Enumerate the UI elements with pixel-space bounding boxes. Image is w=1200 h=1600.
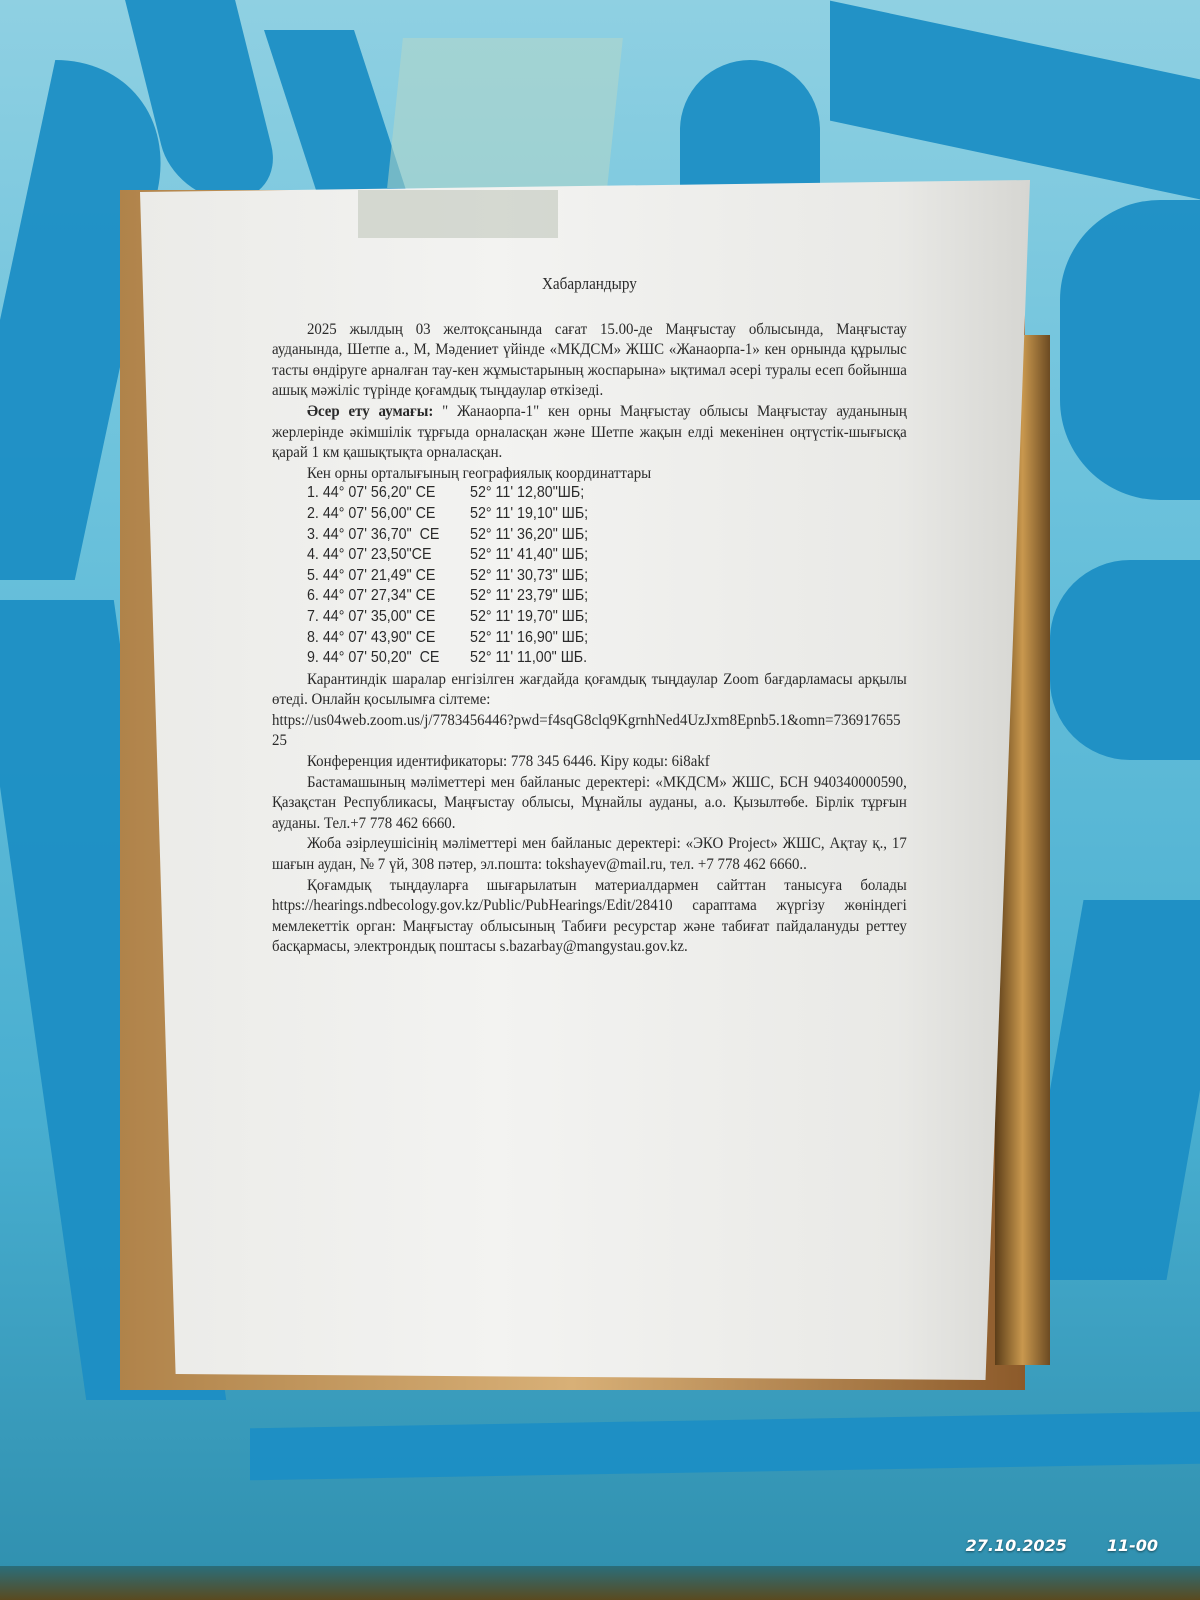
developer-info: Жоба әзірлеушісінің мәліметтері мен байл… [272,833,907,874]
coordinate-row: 7. 44° 07' 35,00" СЕ52° 11' 19,70" ШБ; [272,607,907,628]
coordinates-heading: Кен орны орталығының географиялық коорди… [272,463,907,484]
coordinate-latitude: 44° 07' 56,20" СЕ [323,483,470,504]
wall-ornament [250,1412,1200,1481]
wall-ornament [830,1,1200,200]
wall-ornament [264,30,406,190]
conference-info: Конференция идентификаторы: 778 345 6446… [272,751,907,772]
coordinate-number: 1. [307,484,319,501]
coordinate-row: 9. 44° 07' 50,20" СЕ52° 11' 11,00" ШБ. [272,648,907,669]
coordinate-longitude: 52° 11' 41,40" ШБ; [470,546,588,563]
coordinate-longitude: 52° 11' 36,20" ШБ; [470,526,588,543]
wall-ornament [680,60,820,200]
coordinate-row: 3. 44° 07' 36,70" СЕ52° 11' 36,20" ШБ; [272,525,907,546]
coordinate-number: 7. [307,608,319,625]
coordinate-longitude: 52° 11' 11,00" ШБ. [470,649,587,666]
coordinate-longitude: 52° 11' 16,90" ШБ; [470,629,588,646]
impact-area-paragraph: Әсер ету аумағы: " Жанаорпа-1" кен орны … [272,401,907,463]
coordinate-row: 2. 44° 07' 56,00" СЕ52° 11' 19,10" ШБ; [272,504,907,525]
coordinate-latitude: 44° 07' 43,90" СЕ [323,628,470,649]
coordinate-number: 9. [307,649,319,666]
timestamp-time: 11-00 [1107,1536,1158,1555]
coordinate-longitude: 52° 11' 19,70" ШБ; [470,608,588,625]
coordinate-latitude: 44° 07' 21,49" СЕ [323,566,470,587]
coordinate-longitude: 52° 11' 12,80"ШБ; [470,484,584,501]
coordinate-number: 2. [307,505,319,522]
coordinate-longitude: 52° 11' 23,79" ШБ; [470,587,588,604]
impact-area-label: Әсер ету аумағы: [307,402,433,420]
quarantine-paragraph: Карантиндік шаралар енгізілген жағдайда … [272,669,907,710]
coordinate-row: 5. 44° 07' 21,49" СЕ52° 11' 30,73" ШБ; [272,566,907,587]
frame-edge [0,1566,1200,1600]
adhesive-tape [358,190,558,238]
initiator-info: Бастамашының мәліметтері мен байланыс де… [272,772,907,834]
materials-info: Қоғамдық тыңдауларға шығарылатын материа… [272,875,907,957]
notice-title: Хабарландыру [272,274,907,295]
coordinate-number: 3. [307,526,319,543]
coordinate-latitude: 44° 07' 35,00" СЕ [323,607,470,628]
wall-ornament [1050,560,1200,760]
timestamp-date: 27.10.2025 [966,1536,1067,1555]
coordinate-latitude: 44° 07' 56,00" СЕ [323,504,470,525]
coordinate-row: 6. 44° 07' 27,34" СЕ52° 11' 23,79" ШБ; [272,586,907,607]
coordinate-latitude: 44° 07' 50,20" СЕ [323,648,470,669]
coordinates-list: 1. 44° 07' 56,20" СЕ52° 11' 12,80"ШБ;2. … [272,483,907,668]
wall-ornament [1060,200,1200,500]
coordinate-row: 1. 44° 07' 56,20" СЕ52° 11' 12,80"ШБ; [272,483,907,504]
coordinate-number: 6. [307,587,319,604]
photo-timestamp: 27.10.202511-00 [966,1536,1158,1555]
adhesive-tape [387,38,623,188]
coordinate-latitude: 44° 07' 36,70" СЕ [323,525,470,546]
coordinate-row: 8. 44° 07' 43,90" СЕ52° 11' 16,90" ШБ; [272,628,907,649]
coordinate-latitude: 44° 07' 23,50"СЕ [323,545,470,566]
coordinate-longitude: 52° 11' 30,73" ШБ; [470,567,588,584]
coordinate-latitude: 44° 07' 27,34" СЕ [323,586,470,607]
notice-intro: 2025 жылдың 03 желтоқсанында сағат 15.00… [272,319,907,401]
notice-document: Хабарландыру 2025 жылдың 03 желтоқсанынд… [272,274,907,957]
coordinate-number: 8. [307,629,319,646]
coordinate-row: 4. 44° 07' 23,50"СЕ52° 11' 41,40" ШБ; [272,545,907,566]
coordinate-longitude: 52° 11' 19,10" ШБ; [470,505,588,522]
coordinate-number: 4. [307,546,319,563]
zoom-link[interactable]: https://us04web.zoom.us/j/7783456446?pwd… [272,710,907,751]
coordinate-number: 5. [307,567,319,584]
